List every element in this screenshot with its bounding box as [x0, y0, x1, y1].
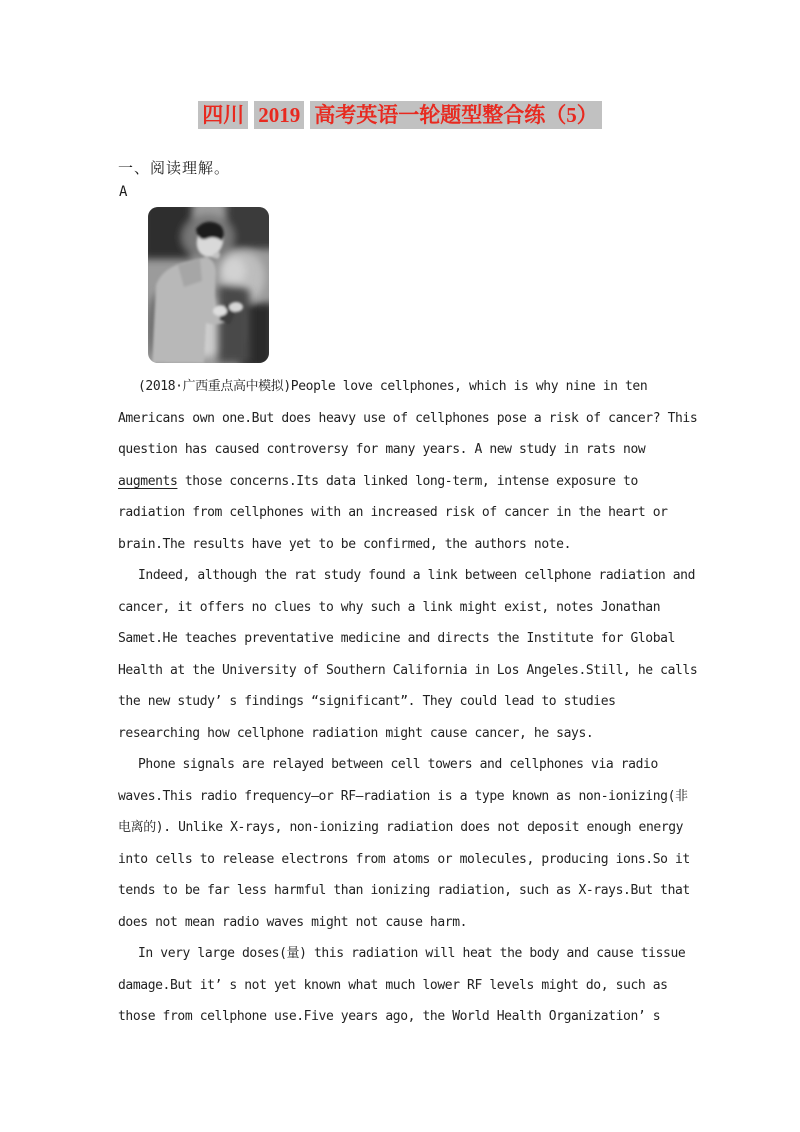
passage-photo [148, 207, 269, 363]
section-heading: 一、阅读理解。 [118, 157, 230, 178]
passage-text: tends to be far less harmful than ionizi… [118, 883, 690, 898]
passage-line: tends to be far less harmful than ionizi… [118, 875, 718, 907]
passage-label: A [119, 184, 127, 200]
passage-text: Samet.He teaches preventative medicine a… [118, 631, 675, 646]
passage-line: 电离的). Unlike X-rays, non-ionizing radiat… [118, 812, 718, 844]
passage-line: Indeed, although the rat study found a l… [118, 560, 718, 592]
passage-line: those from cellphone use.Five years ago,… [118, 1001, 718, 1033]
passage-line: augments those concerns.Its data linked … [118, 466, 718, 498]
passage-text: into cells to release electrons from ato… [118, 852, 690, 867]
title-part-year: 2019 [254, 101, 304, 129]
passage-text: those concerns.Its data linked long-term… [177, 474, 637, 489]
passage-text: cancer, it offers no clues to why such a… [118, 600, 660, 615]
passage-text: Americans own one.But does heavy use of … [118, 411, 697, 426]
passage-line: radiation from cellphones with an increa… [118, 497, 718, 529]
passage-line: Health at the University of Southern Cal… [118, 655, 718, 687]
passage-text: does not mean radio waves might not caus… [118, 915, 467, 930]
passage-line: cancer, it offers no clues to why such a… [118, 592, 718, 624]
reading-passage: (2018·广西重点高中模拟)People love cellphones, w… [118, 371, 718, 1033]
underlined-word: augments [118, 474, 177, 489]
cellphone-user-photo-illustration [148, 207, 269, 363]
passage-line: damage.But it’ s not yet known what much… [118, 970, 718, 1002]
passage-line: (2018·广西重点高中模拟)People love cellphones, w… [118, 371, 718, 403]
passage-text: radiation from cellphones with an increa… [118, 505, 668, 520]
passage-text: researching how cellphone radiation migh… [118, 726, 593, 741]
passage-line: into cells to release electrons from ato… [118, 844, 718, 876]
passage-text: Indeed, although the rat study found a l… [138, 568, 695, 583]
passage-text: In very large doses(量) this radiation wi… [138, 946, 685, 961]
document-title: 四川 2019 高考英语一轮题型整合练（5） [0, 101, 800, 129]
title-part-region: 四川 [198, 101, 248, 129]
passage-line: In very large doses(量) this radiation wi… [118, 938, 718, 970]
document-page: 四川 2019 高考英语一轮题型整合练（5） 一、阅读理解。 A [0, 0, 800, 1132]
passage-line: Phone signals are relayed between cell t… [118, 749, 718, 781]
passage-line: question has caused controversy for many… [118, 434, 718, 466]
passage-line: waves.This radio frequency—or RF—radiati… [118, 781, 718, 813]
passage-text: Phone signals are relayed between cell t… [138, 757, 658, 772]
passage-line: Samet.He teaches preventative medicine a… [118, 623, 718, 655]
passage-text: question has caused controversy for many… [118, 442, 645, 457]
passage-text: brain.The results have yet to be confirm… [118, 537, 571, 552]
title-part-main: 高考英语一轮题型整合练（5） [310, 101, 602, 129]
passage-line: does not mean radio waves might not caus… [118, 907, 718, 939]
passage-text: waves.This radio frequency—or RF—radiati… [118, 789, 688, 804]
passage-line: brain.The results have yet to be confirm… [118, 529, 718, 561]
passage-line: researching how cellphone radiation migh… [118, 718, 718, 750]
passage-line: Americans own one.But does heavy use of … [118, 403, 718, 435]
passage-text: 电离的). Unlike X-rays, non-ionizing radiat… [118, 820, 683, 835]
passage-text: (2018·广西重点高中模拟)People love cellphones, w… [138, 379, 647, 394]
passage-line: the new study’ s findings “significant”.… [118, 686, 718, 718]
passage-text: damage.But it’ s not yet known what much… [118, 978, 668, 993]
passage-text: Health at the University of Southern Cal… [118, 663, 697, 678]
passage-text: the new study’ s findings “significant”.… [118, 694, 616, 709]
passage-text: those from cellphone use.Five years ago,… [118, 1009, 660, 1024]
